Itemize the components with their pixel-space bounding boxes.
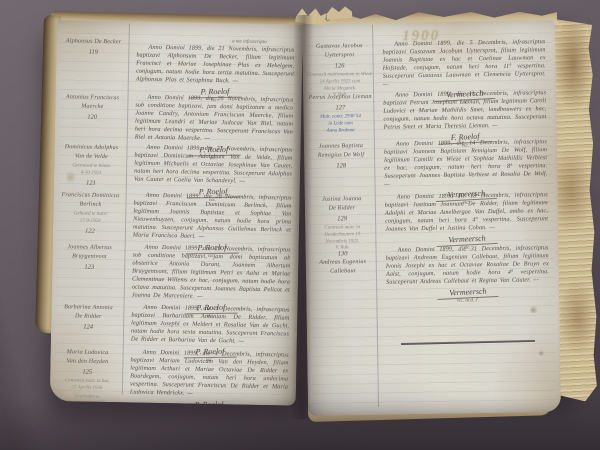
margin-column: Justina Joanna De Ridder 129 Contraxit m… — [309, 194, 376, 253]
margin-column: Antonius Franciscus Maercke 120 — [57, 92, 128, 122]
right-page: 1900 Gustavus Jacobus Uyttersprot 126 Co… — [302, 20, 561, 416]
margin-column: 130 Andreas Eugenius Callebaut — [310, 247, 376, 277]
margin-name: Joannes Baptista Remigius De Wolf — [308, 142, 374, 161]
entry-text: Anno Domini 1899, die 14 Decembris, infr… — [384, 138, 548, 188]
paper-stain — [537, 350, 545, 356]
entry-text: Anno Domini 1899, die 27 Novembris, infr… — [134, 144, 293, 187]
entry-text: Anno Domini 1899, die 18 Decembris, infr… — [385, 191, 549, 233]
margin-column: Dominicus Adolphus Van de Velde Getrouwd… — [56, 142, 127, 188]
entry-number: 128 — [308, 161, 374, 171]
entry-text: Anno Domini 1899, die 28 Novembris, infr… — [133, 192, 292, 243]
photo-of-baptismal-register: Alphonsus De Becker 119 a me infrascript… — [0, 0, 600, 450]
margin-name: Gustavus Jacobus Uyttersprot — [306, 42, 372, 61]
margin-name: Petrus Josephus Lieman — [307, 93, 373, 103]
entry-number: 127 — [307, 103, 373, 113]
left-page: Alphonsus De Becker 119 a me infrascript… — [50, 20, 303, 406]
entry-text: Anno Domini 1899, die 5 Decembris, infra… — [382, 38, 546, 88]
baptism-entry-125: Maria Ludovica Van den Heyden 125 Contra… — [51, 347, 288, 406]
margin-column: Franciscus Dominicus Berlinck Gehuwd te … — [55, 190, 126, 236]
entry-number: 122 — [55, 226, 125, 236]
margin-pencil-note: Gehuwd te Aalst 17-9-1924 — [55, 211, 125, 226]
entry-body: Anno Domini 1899, die 18 Decembris, infr… — [385, 191, 549, 252]
margin-name: Maria Ludovica Van den Heyden — [52, 348, 122, 367]
entry-text: Anno Domini 1899, die 11 Decembris, infr… — [383, 89, 547, 131]
margin-name: Alphonsus De Becker — [59, 37, 129, 47]
margin-column: Joannes Albertus Bruygentvont 123 — [54, 242, 125, 272]
margin-column: Maria Ludovica Van den Heyden 125 Contra… — [51, 347, 122, 406]
entry-number: 121 — [56, 178, 126, 188]
entry-number: 123 — [54, 262, 124, 272]
year-closing-rule — [401, 340, 535, 345]
margin-name: Dominicus Adolphus Van de Velde — [56, 143, 126, 162]
margin-column: Joannes Baptista Remigius De Wolf 128 — [308, 141, 374, 171]
stray-pencil-mark: 33 — [292, 71, 298, 77]
entry-text: Anno Domini 1899, die 4 Decembris, infra… — [130, 348, 289, 399]
margin-name: Andreas Eugenius Callebaut — [310, 258, 376, 277]
margin-blue-ink-note: Matr. contr. 29/8/'54 in Lede cum Anna B… — [307, 114, 373, 135]
entry-body: Anno Domini 1899, die 31 Decembris, infr… — [386, 244, 550, 305]
margin-pencil-note: Getrouwd te Wieze 4-10-1924 — [56, 163, 126, 178]
margin-name: Franciscus Dominicus Berlinck — [55, 191, 125, 210]
margin-name: Justina Joanna De Ridder — [309, 195, 375, 214]
entry-text: Anno Domini 1899, die 31 Decembris, infr… — [386, 244, 550, 286]
entry-text: Anno Domini 1899, die 29 Novembris, infr… — [132, 243, 291, 302]
entry-number: 129 — [309, 214, 375, 224]
margin-column: Petrus Josephus Lieman 127 Matr. contr. … — [307, 92, 374, 135]
entry-text: Anno Domini 1899, die 21 Novembris, infr… — [136, 44, 295, 87]
torn-paper-fragment — [325, 4, 352, 20]
paper-stain — [528, 306, 538, 313]
entry-number: 125 — [52, 367, 122, 377]
margin-name: Joannes Albertus Bruygentvont — [54, 243, 124, 262]
entry-number: 120 — [57, 112, 127, 122]
baptism-entry-130: 130 Andreas Eugenius Callebaut Anno Domi… — [310, 244, 550, 306]
entry-number: 124 — [53, 322, 123, 332]
margin-pencil-note: Contraxit matr. in hac 21 Aprilis 1926 — [52, 378, 122, 393]
entry-number: 126 — [307, 61, 373, 71]
margin-column: Alphonsus De Becker 119 — [58, 36, 128, 57]
margin-name: Antonius Franciscus Maercke — [57, 93, 127, 112]
margin-name: Barbarina Antonia De Ridder — [53, 303, 123, 322]
entry-number: 119 — [58, 47, 128, 57]
entry-text: Anno Domini 1899, die 26 Novembris, infr… — [135, 94, 294, 145]
margin-column: Barbarina Antonia De Ridder 124 — [53, 302, 124, 332]
entry-text: Anno Domini 1899, die 1 Decembris, infra… — [131, 303, 290, 346]
torn-paper-fragment — [295, 5, 327, 26]
entry-body: Anno Domini 1899, die 4 Decembris, infra… — [129, 348, 288, 405]
